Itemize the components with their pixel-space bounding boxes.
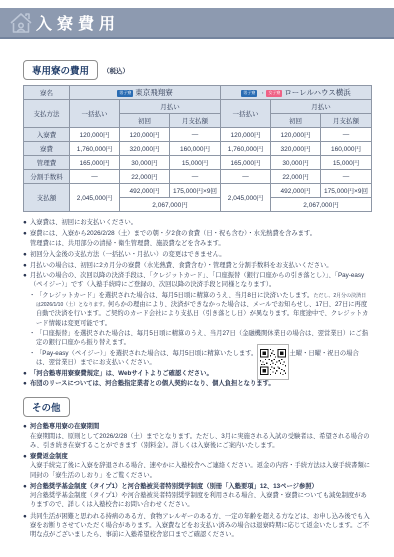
total-lump-cell: 2,045,000円 xyxy=(70,184,120,212)
fee-cell: 120,000円 xyxy=(271,128,321,142)
note-text: 寮費には、入寮から2026/2/28（土）までの朝・夕2食の食費（日・祝も含む）… xyxy=(30,229,371,238)
table-row-payment-method: 支払方法 一括払い 月払い 一括払い 月払い xyxy=(24,100,372,114)
section-dorm-fees-title: 専用寮の費用 xyxy=(23,60,98,80)
row-label: 分割手数料 xyxy=(24,170,70,184)
bullet-marker: ● xyxy=(23,422,30,431)
dorm2-name: ローレルハウス横浜 xyxy=(284,88,350,97)
note-item-refund-system: ● 寮費返金制度 入寮手続完了後に入寮を辞退される場合、速やかに入塾校舎へご連絡… xyxy=(23,452,371,479)
fee-cell: 30,000円 xyxy=(271,156,321,170)
dorm1-name: 東京飛翔寮 xyxy=(135,88,173,97)
dorm2-header: 男子寮・女子寮ローレルハウス横浜 xyxy=(221,86,372,100)
note-text: 入寮費は、初回にお支払いください。 xyxy=(30,218,371,227)
total-combined-cell: 2,067,000円 xyxy=(271,198,372,212)
qr-code xyxy=(257,344,289,380)
sub-bullet-marker: ・ xyxy=(29,349,36,367)
fees-table: 寮名 男子寮東京飛翔寮 男子寮・女子寮ローレルハウス横浜 支払方法 一括払い 月… xyxy=(23,85,372,212)
monthly-amount-header: 月支払額 xyxy=(321,114,372,128)
payment-method-label: 支払方法 xyxy=(24,100,70,128)
fee-cell: ― xyxy=(70,170,120,184)
note-heading: ● 河合塾奨学基金制度（タイプ1）と河合塾被災者特別奨学制度（別冊「入塾要項」1… xyxy=(23,482,371,491)
bullet-marker: ● xyxy=(23,229,30,238)
fee-cell: 1,760,000円 xyxy=(221,142,271,156)
fee-cell: 120,000円 xyxy=(70,128,120,142)
other-notes: ● 河合塾専用寮の在寮期間 在寮期間は、原則として2026/2/28（土）までと… xyxy=(23,422,371,539)
note-item: ● 月払いの場合の、次回以降の決済手段は、「クレジットカード」、「口座振替（銀行… xyxy=(23,271,371,289)
bullet-marker: ● xyxy=(23,482,30,491)
total-first-cell: 492,000円 xyxy=(271,184,321,198)
table-row-dorm-names: 寮名 男子寮東京飛翔寮 男子寮・女子寮ローレルハウス横浜 xyxy=(24,86,372,100)
note-item-futon-lease: ● 布団のリースについては、河合塾指定業者との個人契約になり、個人負担となります… xyxy=(23,379,371,388)
bullet-marker: ● xyxy=(23,271,30,289)
row-label: 管理費 xyxy=(24,156,70,170)
note-text: 共同生活が困難と思われる持病のある方、食物アレルギーのある方、一定の年齢を超える… xyxy=(30,512,371,539)
fee-cell: 160,000円 xyxy=(170,142,221,156)
fee-cell: 120,000円 xyxy=(120,128,170,142)
badge-separator: ・ xyxy=(260,91,265,97)
row-label: 寮費 xyxy=(24,142,70,156)
table-row-installment-fee: 分割手数料 ― 22,000円 ― ― 22,000円 ― xyxy=(24,170,372,184)
note-text: 「河合塾専用寮寮費規定」は、Webサイトよりご確認ください。 xyxy=(30,369,371,378)
table-row-management-fee: 管理費 165,000円 30,000円 15,000円 165,000円 30… xyxy=(24,156,372,170)
fee-cell: 22,000円 xyxy=(120,170,170,184)
note-item-health-conditions: ● 共同生活が困難と思われる持病のある方、食物アレルギーのある方、一定の年齢を超… xyxy=(23,512,371,539)
sub-bullet-marker: ・ xyxy=(29,329,36,347)
fee-cell: ― xyxy=(170,170,221,184)
note-item-bank-transfer: ・ 「口座振替」を選択された場合は、毎月5日頃に精算のうえ、当月27日（金融機関… xyxy=(23,329,371,347)
table-row-dorm-fee: 寮費 1,760,000円 320,000円 160,000円 1,760,00… xyxy=(24,142,372,156)
total-monthly-cell: 175,000円×9回 xyxy=(321,184,372,198)
dorm1-header: 男子寮東京飛翔寮 xyxy=(70,86,221,100)
bullet-marker xyxy=(23,239,30,248)
note-text: 「クレジットカード」を選択された場合は、毎月5日頃に精算のうえ、当月8日に決済い… xyxy=(36,291,371,328)
note-title: 河合塾専用寮の在寮期間 xyxy=(30,422,371,431)
fee-cell: 22,000円 xyxy=(271,170,321,184)
sub-bullet-marker: ・ xyxy=(29,291,36,328)
note-text: 初回分入金後の支払方法（一括払い・月払い）の変更はできません。 xyxy=(30,250,371,259)
total-combined-cell: 2,067,000円 xyxy=(120,198,221,212)
fee-cell: 15,000円 xyxy=(170,156,221,170)
fee-cell: ― xyxy=(321,128,372,142)
note-body: 在寮期間は、原則として2026/2/28（土）までとなります。ただし、3月に実施… xyxy=(30,432,371,450)
lump-sum-header: 一括払い xyxy=(70,100,120,128)
note-heading: ● 河合塾専用寮の在寮期間 xyxy=(23,422,371,431)
note-text: 布団のリースについては、河合塾指定業者との個人契約になり、個人負担となります。 xyxy=(30,379,371,388)
note-item: ● 初回分入金後の支払方法（一括払い・月払い）の変更はできません。 xyxy=(23,250,371,259)
monthly-header: 月払い xyxy=(271,100,372,114)
total-lump-cell: 2,045,000円 xyxy=(221,184,271,212)
fee-cell: ― xyxy=(321,170,372,184)
bullet-marker: ● xyxy=(23,512,30,539)
note-title: 寮費返金制度 xyxy=(30,452,371,461)
note-item-payeasy: ・ 「Pay-easy（ペイジー）」を選択された場合は、毎月5日頃に精算いたしま… xyxy=(23,349,371,367)
fee-cell: 320,000円 xyxy=(271,142,321,156)
dorm-name-label: 寮名 xyxy=(24,86,70,100)
table-row-entrance-fee: 入寮費 120,000円 120,000円 ― 120,000円 120,000… xyxy=(24,128,372,142)
note-body: 河合塾奨学基金制度（タイプ1）や河合塾被災者特別奨学制度を利用される場合、入寮費… xyxy=(30,491,371,509)
note-text: 「Pay-easy（ペイジー）」を選択された場合は、毎月5日頃に精算いたします。… xyxy=(36,349,371,367)
note-text: 月払いの場合の、次回以降の決済手段は、「クレジットカード」、「口座振替（銀行口座… xyxy=(30,271,371,289)
note-item: ● 入寮費は、初回にお支払いください。 xyxy=(23,218,371,227)
fee-cell: 15,000円 xyxy=(321,156,372,170)
bullet-marker: ● xyxy=(23,250,30,259)
bullet-marker: ● xyxy=(23,218,30,227)
note-item: 管理費には、共用部分の清掃・衛生管理費、施設費などを含みます。 xyxy=(23,239,371,248)
note-text: 管理費には、共用部分の清掃・衛生管理費、施設費などを含みます。 xyxy=(30,239,371,248)
fee-cell: 30,000円 xyxy=(120,156,170,170)
fee-cell: ― xyxy=(221,170,271,184)
section-other-title: その他 xyxy=(23,397,70,417)
boys-dorm-badge: 男子寮 xyxy=(117,90,133,97)
table-row-total-upper: 支払額 2,045,000円 492,000円 175,000円×9回 2,04… xyxy=(24,184,372,198)
fee-cell: 165,000円 xyxy=(221,156,271,170)
monthly-header: 月払い xyxy=(120,100,221,114)
fee-notes: ● 入寮費は、初回にお支払いください。 ● 寮費には、入寮から2026/2/28… xyxy=(23,218,371,388)
fee-cell: 165,000円 xyxy=(70,156,120,170)
note-item-regulations: ● 「河合塾専用寮寮費規定」は、Webサイトよりご確認ください。 xyxy=(23,369,371,378)
page-title: 入寮費用 xyxy=(36,11,120,34)
note-text: 月払いの場合は、初回に2カ月分の寮費（水光熱費、食費含む）・管理費と分割手数料を… xyxy=(30,261,371,270)
row-label: 入寮費 xyxy=(24,128,70,142)
fee-cell: 120,000円 xyxy=(221,128,271,142)
note-heading: ● 寮費返金制度 xyxy=(23,452,371,461)
note-item-residence-period: ● 河合塾専用寮の在寮期間 在寮期間は、原則として2026/2/28（土）までと… xyxy=(23,422,371,449)
lump-sum-header: 一括払い xyxy=(221,100,271,128)
note-body: 入寮手続完了後に入寮を辞退される場合、速やかに入塾校舎へご連絡ください。返金の内… xyxy=(30,461,371,479)
girls-dorm-badge: 女子寮 xyxy=(266,90,282,97)
note-item-credit-card: ・ 「クレジットカード」を選択された場合は、毎月5日頃に精算のうえ、当月8日に決… xyxy=(23,291,371,328)
fee-cell: 320,000円 xyxy=(120,142,170,156)
first-payment-header: 初回 xyxy=(120,114,170,128)
note-text: 「口座振替」を選択された場合は、毎月5日頃に精算のうえ、当月27日（金融機関休業… xyxy=(36,329,371,347)
note-item-scholarship: ● 河合塾奨学基金制度（タイプ1）と河合塾被災者特別奨学制度（別冊「入塾要項」1… xyxy=(23,482,371,509)
first-payment-header: 初回 xyxy=(271,114,321,128)
fee-cell: 160,000円 xyxy=(321,142,372,156)
bullet-marker: ● xyxy=(23,261,30,270)
tax-included-note: （税込） xyxy=(103,66,129,75)
fee-cell: ― xyxy=(170,128,221,142)
note-title: 河合塾奨学基金制度（タイプ1）と河合塾被災者特別奨学制度（別冊「入塾要項」12、… xyxy=(30,482,371,491)
bullet-marker: ● xyxy=(23,452,30,461)
note-item: ● 月払いの場合は、初回に2カ月分の寮費（水光熱費、食費含む）・管理費と分割手数… xyxy=(23,261,371,270)
total-label: 支払額 xyxy=(24,184,70,212)
bullet-marker: ● xyxy=(23,379,30,388)
boys-dorm-badge: 男子寮 xyxy=(241,90,257,97)
monthly-amount-header: 月支払額 xyxy=(170,114,221,128)
total-monthly-cell: 175,000円×9回 xyxy=(170,184,221,198)
bullet-marker: ● xyxy=(23,369,30,378)
document-page: 入寮費用 専用寮の費用 （税込） 寮名 男子寮東京飛翔寮 男子寮・女子寮ローレ xyxy=(0,0,394,557)
page-header: 入寮費用 xyxy=(0,8,394,39)
total-first-cell: 492,000円 xyxy=(120,184,170,198)
note-text-main: 「クレジットカード」を選択された場合は、毎月5日頃に精算のうえ、当月8日に決済い… xyxy=(36,292,313,299)
section-dorm-fees-header: 専用寮の費用 （税込） xyxy=(23,60,371,80)
section-other-header: その他 xyxy=(23,397,371,417)
fee-cell: 1,760,000円 xyxy=(70,142,120,156)
house-icon xyxy=(8,11,34,35)
note-item: ● 寮費には、入寮から2026/2/28（土）までの朝・夕2食の食費（日・祝も含… xyxy=(23,229,371,238)
